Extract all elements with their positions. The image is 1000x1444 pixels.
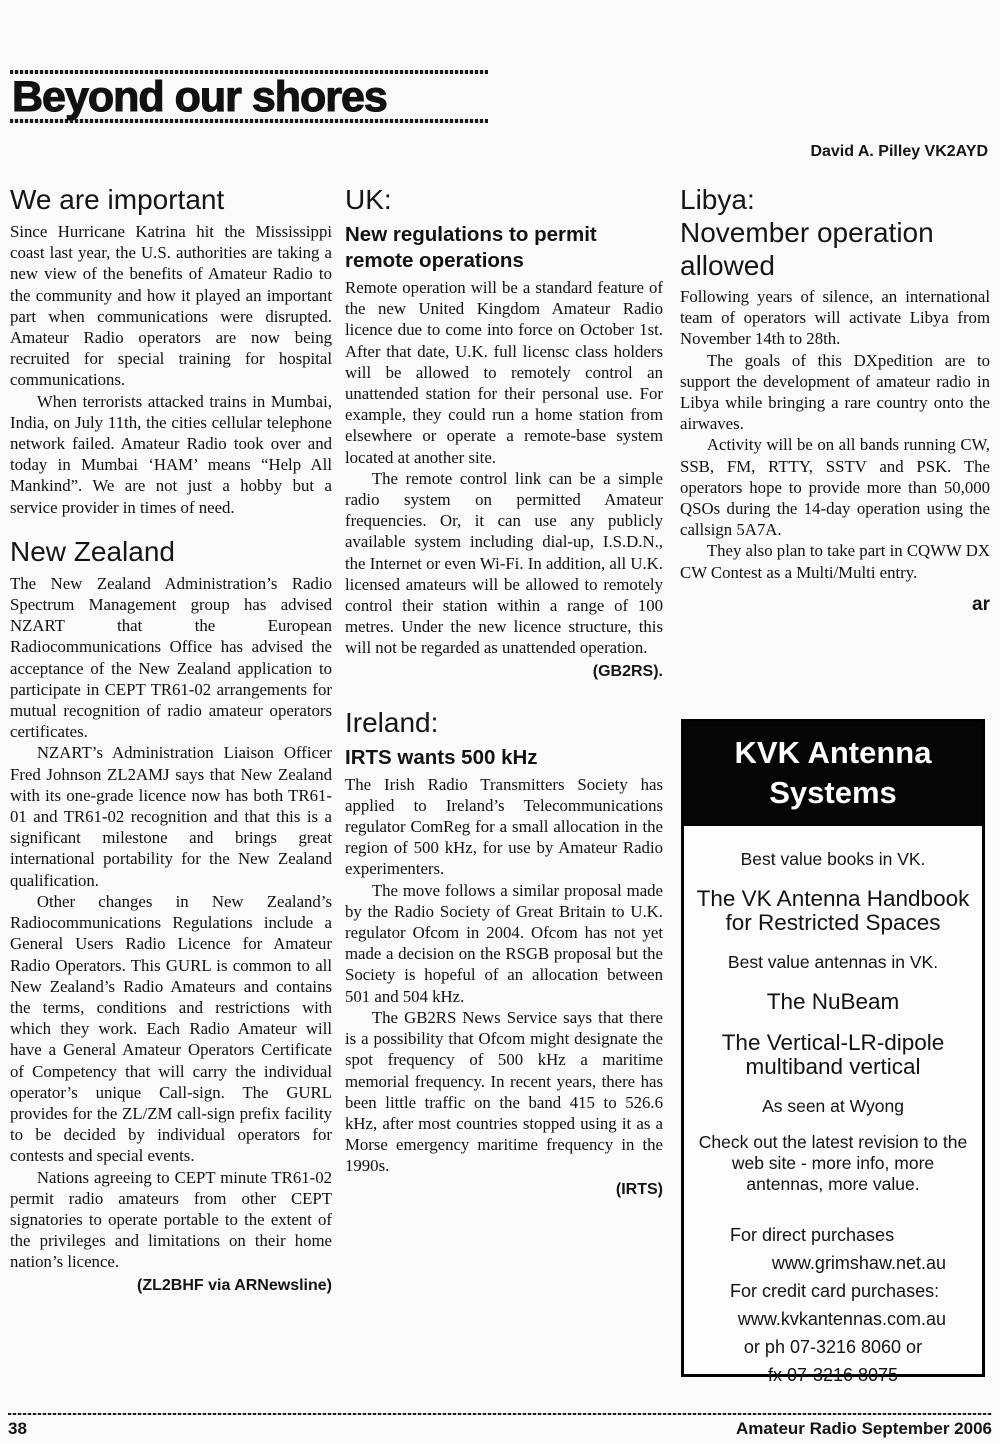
- ad-direct-url[interactable]: www.grimshaw.net.au: [692, 1249, 974, 1277]
- attribution: (ZL2BHF via ARNewsline): [10, 1276, 332, 1296]
- section-heading-libya-sub: November operation allowed: [680, 216, 990, 282]
- kvk-antenna-ad: KVK Antenna Systems Best value books in …: [681, 719, 985, 1377]
- column-1: We are important Since Hurricane Katrina…: [10, 183, 332, 1296]
- subheading-uk: New regulations to permit remote operati…: [345, 222, 663, 274]
- paragraph: The GB2RS News Service says that there i…: [345, 1007, 663, 1177]
- attribution: ar: [680, 595, 990, 615]
- paragraph: When terrorists attacked trains in Mumba…: [10, 391, 332, 518]
- paragraph: The remote control link can be a simple …: [345, 468, 663, 659]
- section-heading-new-zealand: New Zealand: [10, 535, 332, 568]
- ad-contact-block: For direct purchases www.grimshaw.net.au…: [692, 1221, 974, 1389]
- attribution: (GB2RS).: [345, 662, 663, 682]
- magazine-page: { "masthead": { "title": "Beyond our sho…: [0, 0, 1000, 1444]
- ad-promo: Check out the latest revision to the web…: [694, 1132, 972, 1195]
- section-heading-uk: UK:: [345, 183, 663, 216]
- section-heading-libya: Libya:: [680, 183, 990, 216]
- ad-body: Best value books in VK. The VK Antenna H…: [684, 826, 982, 1389]
- ad-product-nubeam: The NuBeam: [692, 990, 974, 1014]
- ad-event-line: As seen at Wyong: [694, 1096, 972, 1117]
- subheading-ireland: IRTS wants 500 kHz: [345, 745, 663, 771]
- paragraph: Other changes in New Zealand’s Radiocomm…: [10, 891, 332, 1167]
- ad-phone: or ph 07-3216 8060 or: [692, 1333, 974, 1361]
- ad-tagline-books: Best value books in VK.: [694, 849, 972, 870]
- page-title: Beyond our shores: [10, 74, 488, 119]
- page-number: 38: [8, 1419, 27, 1439]
- paragraph: The Irish Radio Transmitters Society has…: [345, 774, 663, 880]
- attribution: (IRTS): [345, 1180, 663, 1200]
- footer-rule: [8, 1413, 992, 1415]
- ad-fax: fx 07-3216 8075: [692, 1361, 974, 1389]
- section-heading-ireland: Ireland:: [345, 706, 663, 739]
- masthead: Beyond our shores: [10, 70, 488, 123]
- journal-name: Amateur Radio September 2006: [736, 1419, 992, 1439]
- ad-credit-url[interactable]: www.kvkantennas.com.au: [692, 1305, 974, 1333]
- paragraph: Since Hurricane Katrina hit the Mississi…: [10, 221, 332, 391]
- footer: 38 Amateur Radio September 2006: [8, 1419, 992, 1439]
- ad-product-handbook: The VK Antenna Handbook for Restricted S…: [692, 887, 974, 935]
- section-gap: [10, 518, 332, 535]
- paragraph: Following years of silence, an internati…: [680, 286, 990, 350]
- paragraph: They also plan to take part in CQWW DX C…: [680, 540, 990, 582]
- paragraph: Nations agreeing to CEPT minute TR61-02 …: [10, 1167, 332, 1273]
- author-byline: David A. Pilley VK2AYD: [588, 143, 988, 161]
- ad-product-vertical: The Vertical-LR-dipole multiband vertica…: [692, 1031, 974, 1079]
- section-gap: [345, 682, 663, 706]
- paragraph: The goals of this DXpedition are to supp…: [680, 350, 990, 435]
- column-2: UK: New regulations to permit remote ope…: [345, 183, 663, 1200]
- paragraph: The move follows a similar proposal made…: [345, 880, 663, 1007]
- paragraph: The New Zealand Administration’s Radio S…: [10, 573, 332, 743]
- column-3: Libya: November operation allowed Follow…: [680, 183, 990, 615]
- ad-tagline-antennas: Best value antennas in VK.: [694, 952, 972, 973]
- ad-credit-label: For credit card purchases:: [692, 1277, 974, 1305]
- paragraph: Activity will be on all bands running CW…: [680, 434, 990, 540]
- ad-direct-label: For direct purchases: [692, 1221, 974, 1249]
- section-heading-we-are-important: We are important: [10, 183, 332, 216]
- paragraph: NZART’s Administration Liaison Officer F…: [10, 742, 332, 890]
- paragraph: Remote operation will be a standard feat…: [345, 277, 663, 468]
- ad-title: KVK Antenna Systems: [684, 722, 982, 826]
